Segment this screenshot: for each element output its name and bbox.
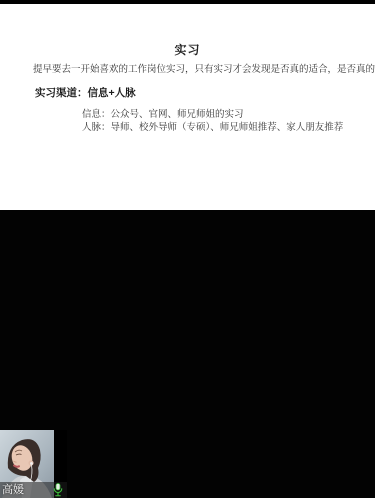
screen-share-slide: 实习 提早要去一开始喜欢的工作岗位实习，只有实习才会发现是否真的适合，是否真的喜…	[0, 4, 375, 210]
slide-intro-line: 提早要去一开始喜欢的工作岗位实习，只有实习才会发现是否真的适合，是否真的喜欢	[0, 64, 375, 76]
microphone-on-icon[interactable]	[52, 483, 64, 497]
slide-info-line: 信息：公众号、官网、师兄师姐的实习	[82, 108, 375, 121]
slide-channels-heading: 实习渠道：信息+人脉	[35, 85, 375, 100]
slide-title: 实习	[0, 41, 375, 58]
participant-video-tile[interactable]: 高媛	[0, 430, 67, 498]
slide-network-line: 人脉：导师、校外导师（专硕）、师兄师姐推荐、家人朋友推荐	[82, 121, 375, 134]
participant-name-bar: 高媛	[0, 482, 67, 498]
participant-name-label: 高媛	[2, 482, 24, 498]
